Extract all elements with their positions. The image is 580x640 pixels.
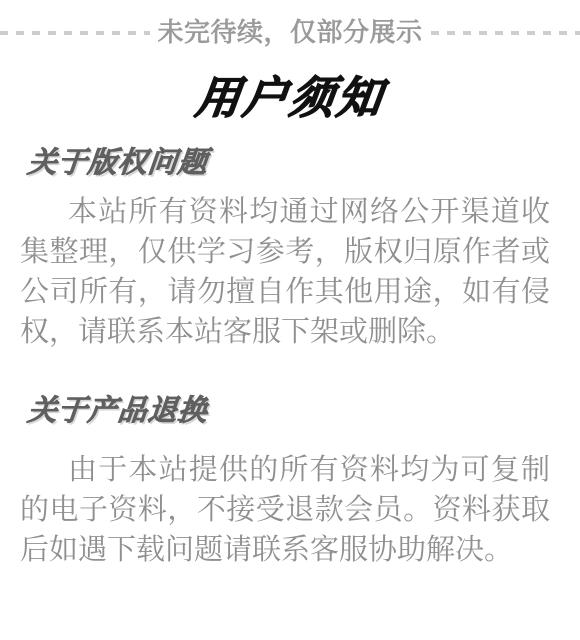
section-heading-returns: 关于产品退换 xyxy=(0,394,580,428)
section-body-copyright: 本站所有资料均通过网络公开渠道收集整理，仅供学习参考，版权归原作者或公司所有，请… xyxy=(20,192,550,352)
section-returns: 关于产品退换 由于本站提供的所有资料均为可复制的电子资料，不接受退款会员。资料获… xyxy=(0,394,580,570)
section-heading-copyright: 关于版权问题 xyxy=(0,146,580,180)
section-copyright: 关于版权问题 本站所有资料均通过网络公开渠道收集整理，仅供学习参考，版权归原作者… xyxy=(0,146,580,352)
title-row: 用户须知 xyxy=(0,76,580,122)
dashed-divider-left xyxy=(0,31,150,35)
dashed-divider-right xyxy=(431,31,580,35)
notice-page: 未完待续，仅部分展示 用户须知 关于版权问题 本站所有资料均通过网络公开渠道收集… xyxy=(0,0,580,640)
partial-display-banner: 未完待续，仅部分展示 xyxy=(0,0,580,50)
page-title: 用户须知 xyxy=(193,76,387,122)
banner-text: 未完待续，仅部分展示 xyxy=(158,16,423,50)
section-body-returns: 由于本站提供的所有资料均为可复制的电子资料，不接受退款会员。资料获取后如遇下载问… xyxy=(20,450,550,570)
